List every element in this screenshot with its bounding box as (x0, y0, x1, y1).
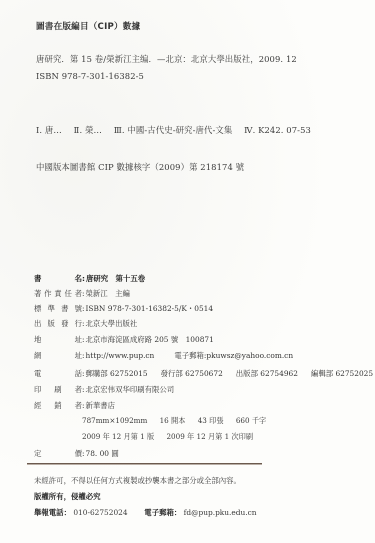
cip-heading: 圖書在版編目（CIP）數據 (36, 20, 140, 32)
colophon-address: 地 址: 北京市海淀區成府路 205 號 100871 (34, 334, 214, 345)
field-label: 標 準 書 號 (34, 303, 82, 314)
field-label: 著作責任者 (34, 288, 82, 299)
field-value: 北京大學出版社 (86, 318, 138, 329)
field-label: 書 名 (34, 273, 82, 284)
classification-item: Ⅲ. 中國-古代史-研究-唐代-文集 (114, 124, 233, 136)
report-phone-label: 舉報電話 (34, 508, 64, 517)
website-link[interactable]: http://www.pup.cn (86, 351, 155, 360)
phone-entry: 郵購部 62752015 (86, 368, 148, 379)
colophon-book-name: 書 名: 唐研究 第十五卷 (34, 273, 145, 284)
field-value: ISBN 978-7-301-16382-5/K・0514 (86, 303, 214, 314)
book-format: 16 開本 (160, 416, 186, 425)
colophon-website: 網 址: http://www.pup.cn 電子郵箱: pkuwsz@yaho… (34, 350, 293, 361)
field-label: 經 銷 者 (34, 400, 82, 411)
field-value: 新華書店 (86, 400, 116, 411)
separator-line (27, 463, 262, 465)
email-link[interactable]: pkuwsz@yahoo.com.cn (206, 351, 293, 360)
cip-classification: Ⅰ. 唐… Ⅱ. 榮… Ⅲ. 中國-古代史-研究-唐代-文集 Ⅳ. K242. … (36, 124, 311, 136)
field-label: 地 址 (34, 334, 82, 345)
classification-item: Ⅳ. K242. 07-53 (244, 125, 311, 135)
classification-item: Ⅰ. 唐… (36, 124, 62, 136)
colophon-specs: 787mm×1092mm 16 開本 43 印張 660 千字 (82, 416, 266, 426)
email-label: 電子郵箱 (174, 350, 204, 361)
colophon-editor: 著作責任者: 榮新江 主編 (34, 288, 130, 299)
field-label: 電 話 (34, 368, 82, 379)
field-value: 北京市海淀區成府路 205 號 100871 (86, 334, 214, 345)
rights-reserved: 版權所有，侵權必究 (34, 491, 101, 502)
field-label: 定 價 (34, 448, 82, 459)
report-contact: 舉報電話： 010-62752024 電子郵箱： fd@pup.pku.edu.… (34, 507, 257, 518)
colophon-publisher: 出 版 發 行: 北京大學出版社 (34, 318, 137, 329)
phone-entry: 出版部 62754962 (236, 368, 298, 379)
colophon-price: 定 價: 78. 00 圓 (34, 448, 119, 459)
colophon-printer: 印 刷 者: 北京宏伟双华印刷有限公司 (34, 384, 174, 395)
colophon-phone: 電 話: 郵購部 62752015 發行部 62750672 出版部 62754… (34, 368, 373, 379)
print-sheets: 43 印張 (198, 416, 224, 425)
word-count: 660 千字 (236, 416, 266, 425)
printing-info: 2009 年 12 月第 1 次印刷 (166, 432, 253, 441)
phone-entry: 發行部 62750672 (161, 368, 223, 379)
cip-isbn: ISBN 978-7-301-16382-5 (36, 71, 144, 81)
field-label: 出 版 發 行 (34, 318, 82, 329)
cip-bibliographic-line: 唐研究．第 15 卷/榮新江主编．—北京：北京大學出版社，2009. 12 (36, 53, 297, 65)
field-label: 網 址 (34, 350, 82, 361)
bleed-through-text (50, 232, 155, 249)
colophon-edition: 2009 年 12 月第 1 版 2009 年 12 月第 1 次印刷 (82, 432, 253, 442)
paper-size: 787mm×1092mm (82, 416, 147, 425)
classification-item: Ⅱ. 榮… (74, 124, 102, 136)
field-value: 北京宏伟双华印刷有限公司 (86, 384, 175, 395)
field-value: 榮新江 主編 (86, 288, 130, 299)
field-value: 78. 00 圓 (86, 448, 119, 459)
field-value: 唐研究 第十五卷 (86, 273, 145, 284)
colophon-distributor: 經 銷 者: 新華書店 (34, 400, 115, 411)
edition-info: 2009 年 12 月第 1 版 (82, 432, 154, 441)
field-label: 印 刷 者 (34, 384, 82, 395)
copyright-page: 圖書在版編目（CIP）數據 唐研究．第 15 卷/榮新江主编．—北京：北京大學出… (0, 0, 375, 543)
cip-record-number: 中國版本圖書館 CIP 數據核字（2009）第 218174 號 (36, 161, 244, 173)
report-email-label: 電子郵箱 (144, 508, 174, 517)
phone-entry: 編輯部 62752025 (311, 368, 373, 379)
copyright-notice: 未經許可，不得以任何方式複製或抄襲本書之部分或全部內容。 (34, 475, 241, 486)
report-phone: 010-62752024 (73, 508, 127, 517)
report-email[interactable]: fd@pup.pku.edu.cn (184, 508, 257, 517)
colophon-isbn: 標 準 書 號: ISBN 978-7-301-16382-5/K・0514 (34, 303, 213, 314)
